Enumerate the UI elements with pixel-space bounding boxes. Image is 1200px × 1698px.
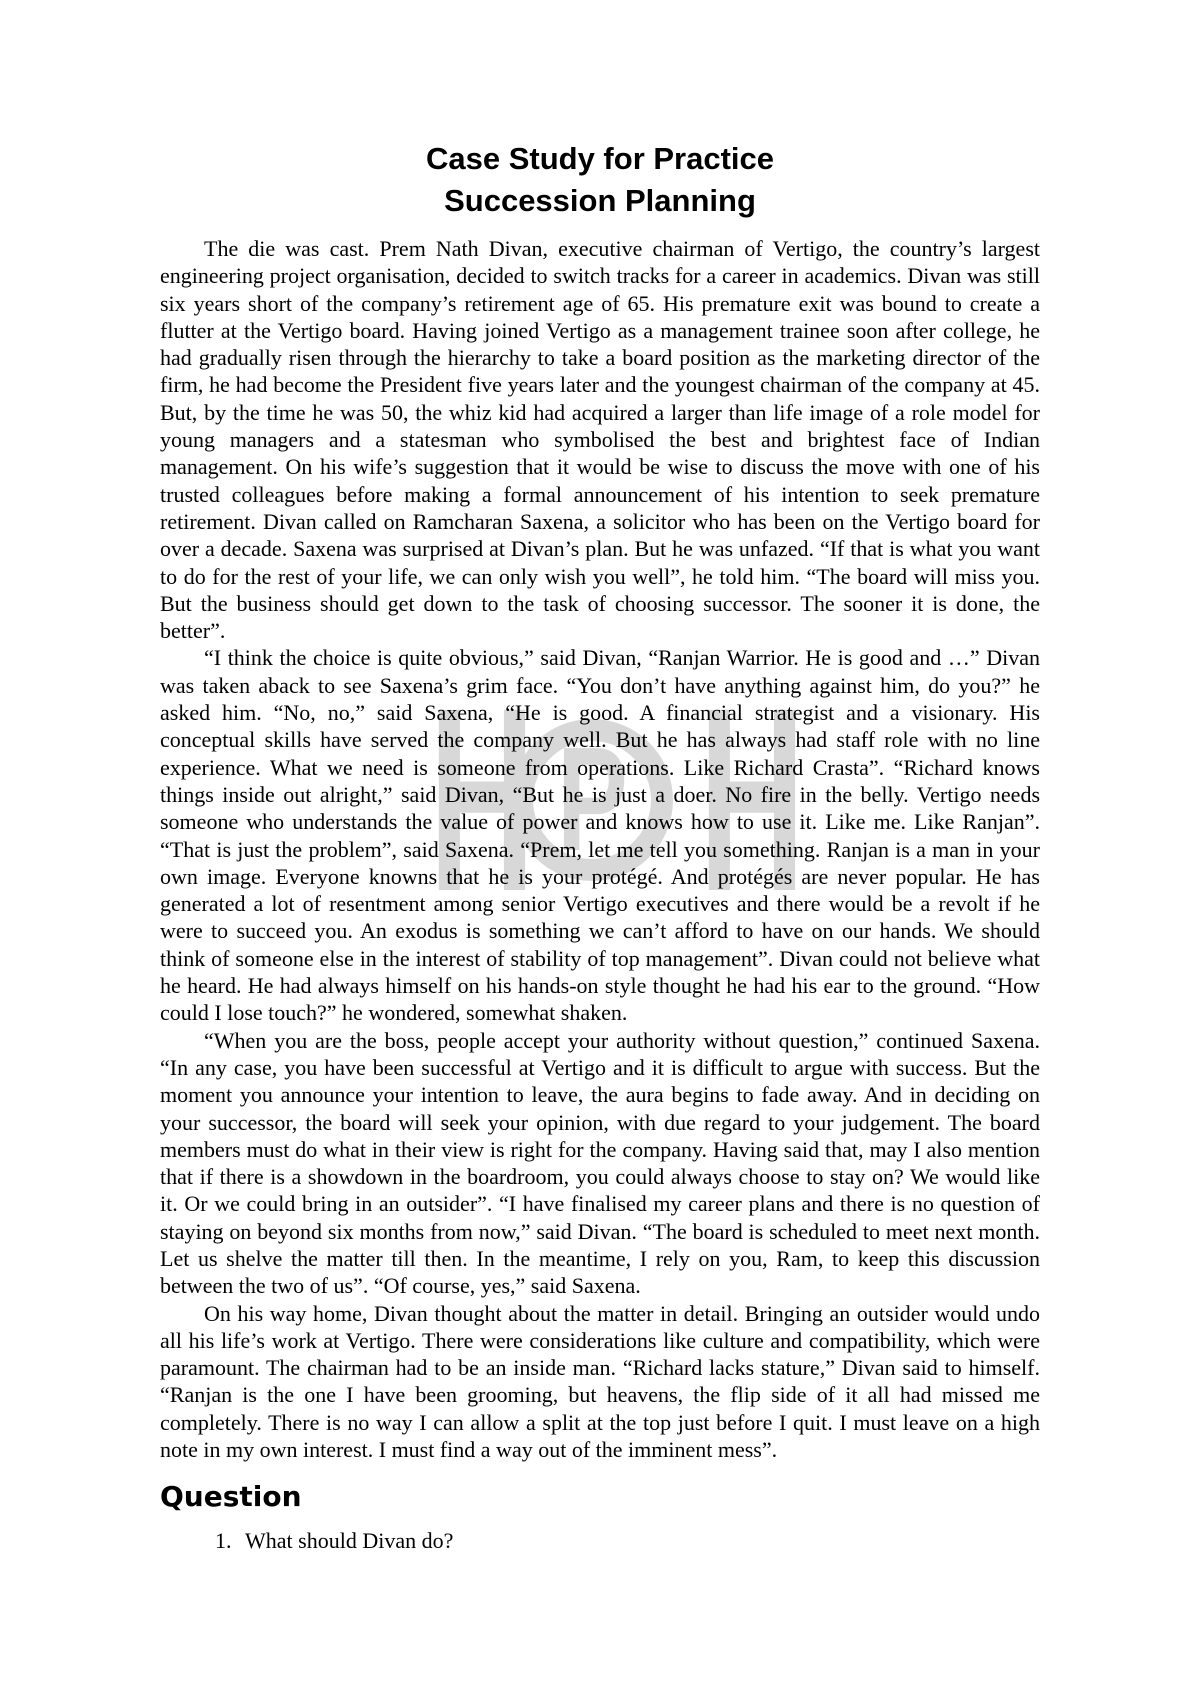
case-paragraph-3: “When you are the boss, people accept yo… [160, 1027, 1040, 1300]
document-page: H P H Case Study for Practice Succession… [0, 0, 1200, 1698]
case-paragraph-4: On his way home, Divan thought about the… [160, 1300, 1040, 1464]
question-heading: Question [160, 1477, 1040, 1517]
title-line-2: Succession Planning [160, 180, 1040, 222]
case-paragraph-2: “I think the choice is quite obvious,” s… [160, 644, 1040, 1026]
page-title: Case Study for Practice Succession Plann… [160, 138, 1040, 222]
question-item: 1. What should Divan do? [215, 1527, 1040, 1554]
document-content: Case Study for Practice Succession Plann… [0, 0, 1200, 1555]
question-text: What should Divan do? [245, 1527, 453, 1554]
case-paragraph-1: The die was cast. Prem Nath Divan, execu… [160, 235, 1040, 644]
question-number: 1. [215, 1527, 245, 1554]
title-line-1: Case Study for Practice [160, 138, 1040, 180]
